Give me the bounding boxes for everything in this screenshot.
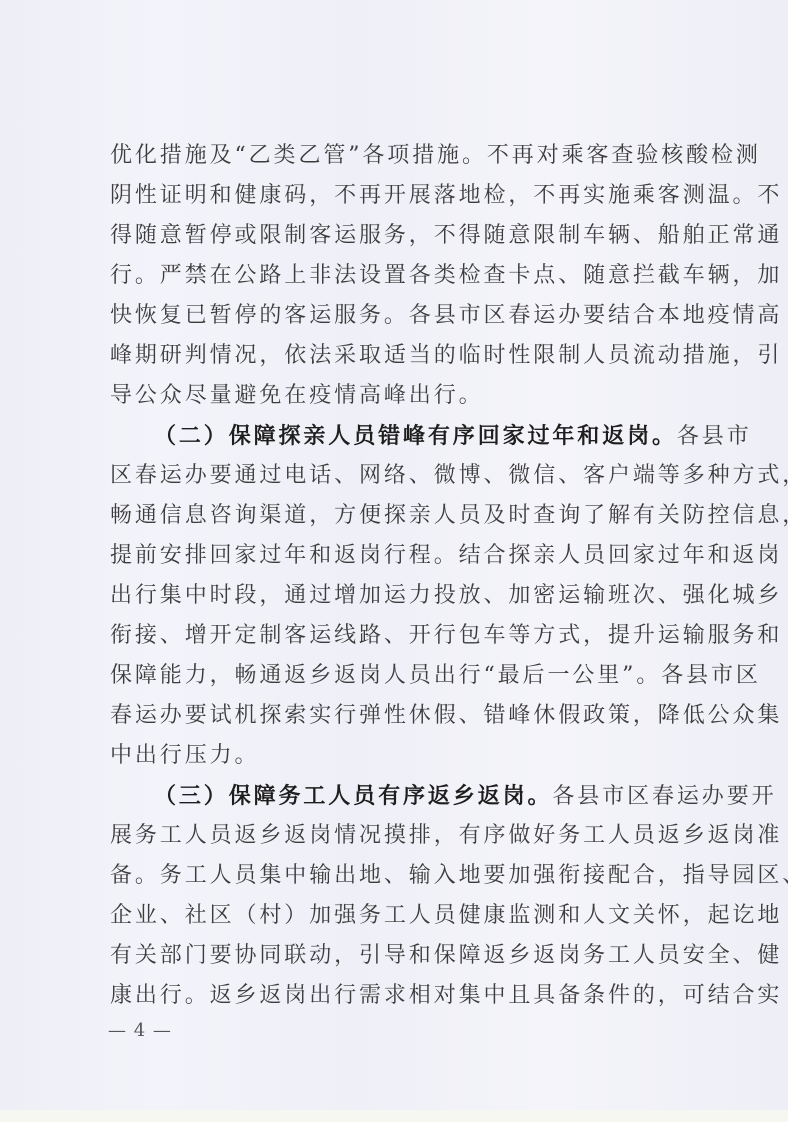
body-text-line: 阴性证明和健康码，不再开展落地检，不再实施乘客测温。不 xyxy=(110,176,680,216)
section-2-first-line-text: 各县市 xyxy=(677,424,752,449)
section-3-heading: （三）保障务工人员有序返乡返岗。 xyxy=(154,783,552,809)
body-text-line: 康出行。返乡返岗出行需求相对集中且具备条件的，可结合实 xyxy=(110,976,680,1016)
scan-edge xyxy=(0,1110,788,1122)
body-text-line: 快恢复已暂停的客运服务。各县市区春运办要结合本地疫情高 xyxy=(110,296,680,336)
body-text-line: 提前安排回家过年和返岗行程。结合探亲人员回家过年和返岗 xyxy=(110,536,680,576)
section-2-first-line: （二）保障探亲人员错峰有序回家过年和返岗。各县市 xyxy=(154,416,680,456)
section-2-heading: （二）保障探亲人员错峰有序回家过年和返岗。 xyxy=(154,423,677,449)
body-text-line: 区春运办要通过电话、网络、微博、微信、客户端等多种方式， xyxy=(110,456,680,496)
page-number: — 4 — xyxy=(108,1020,172,1041)
document-page: 优化措施及“乙类乙管”各项措施。不再对乘客查验核酸检测 阴性证明和健康码，不再开… xyxy=(0,0,788,1122)
body-text-line: 导公众尽量避免在疫情高峰出行。 xyxy=(110,376,680,416)
section-3-first-line: （三）保障务工人员有序返乡返岗。各县市区春运办要开 xyxy=(154,776,680,816)
body-text-line: 行。严禁在公路上非法设置各类检查卡点、随意拦截车辆，加 xyxy=(110,256,680,296)
body-text-line: 得随意暂停或限制客运服务，不得随意限制车辆、船舶正常通 xyxy=(110,216,680,256)
body-text-line: 春运办要试机探索实行弹性休假、错峰休假政策，降低公众集 xyxy=(110,696,680,736)
body-text-line: 衔接、增开定制客运线路、开行包车等方式，提升运输服务和 xyxy=(110,616,680,656)
body-text-line: 峰期研判情况，依法采取适当的临时性限制人员流动措施，引 xyxy=(110,336,680,376)
body-text-line: 有关部门要协同联动，引导和保障返乡返岗务工人员安全、健 xyxy=(110,936,680,976)
section-3-first-line-text: 各县市区春运办要开 xyxy=(552,784,776,809)
body-text-line: 畅通信息咨询渠道，方便探亲人员及时查询了解有关防控信息， xyxy=(110,496,680,536)
body-text-line: 备。务工人员集中输出地、输入地要加强衔接配合，指导园区、 xyxy=(110,856,680,896)
body-text-line: 企业、社区（村）加强务工人员健康监测和人文关怀，起讫地 xyxy=(110,896,680,936)
body-text-line: 优化措施及“乙类乙管”各项措施。不再对乘客查验核酸检测 xyxy=(110,136,680,176)
body-text-line: 展务工人员返乡返岗情况摸排，有序做好务工人员返乡返岗准 xyxy=(110,816,680,856)
body-text-line: 保障能力，畅通返乡返岗人员出行“最后一公里”。各县市区 xyxy=(110,656,680,696)
body-text-line: 出行集中时段，通过增加运力投放、加密运输班次、强化城乡 xyxy=(110,576,680,616)
body-text-line: 中出行压力。 xyxy=(110,736,680,776)
